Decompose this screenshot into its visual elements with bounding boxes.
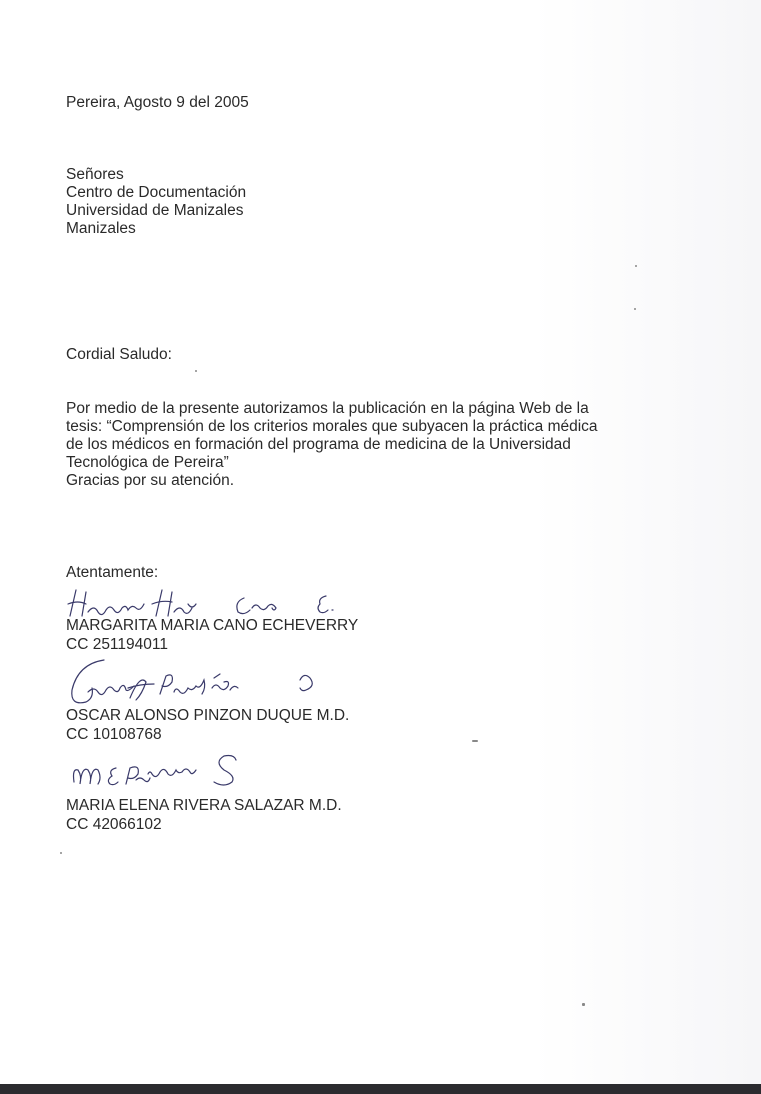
body-line: Gracias por su atención. [66,472,598,490]
scan-speck [582,1003,585,1006]
body-line: Por medio de la presente autorizamos la … [66,400,598,418]
scan-speck [60,852,62,854]
handwritten-signature-3 [64,752,264,796]
signatory-name: MARIA ELENA RIVERA SALAZAR M.D. [66,797,342,815]
recipient-line: Universidad de Manizales [66,202,246,220]
scan-speck [195,370,197,372]
signatory-id: CC 251194011 [66,636,168,654]
letter-body: Por medio de la presente autorizamos la … [66,400,598,490]
scan-speck [635,265,637,267]
handwritten-signature-1 [64,582,354,622]
body-line: de los médicos en formación del programa… [66,436,598,454]
body-line: tesis: “Comprensión de los criterios mor… [66,418,598,436]
signatory-id: CC 10108768 [66,726,162,744]
signatory-id: CC 42066102 [66,816,162,834]
signatory-name: OSCAR ALONSO PINZON DUQUE M.D. [66,707,349,725]
body-line: Tecnológica de Pereira” [66,454,598,472]
recipient-line: Manizales [66,220,246,238]
scanner-edge-band [0,1084,761,1094]
greeting: Cordial Saludo: [66,346,172,364]
place-date: Pereira, Agosto 9 del 2005 [66,94,249,112]
scan-speck [472,740,478,742]
signatory-name: MARGARITA MARIA CANO ECHEVERRY [66,617,358,635]
handwritten-signature-2 [64,654,344,710]
scanned-letter-page: Pereira, Agosto 9 del 2005 Señores Centr… [0,0,761,1084]
recipient-address: Señores Centro de Documentación Universi… [66,166,246,238]
recipient-line: Señores [66,166,246,184]
recipient-line: Centro de Documentación [66,184,246,202]
closing: Atentamente: [66,564,158,582]
scan-speck [634,308,636,310]
